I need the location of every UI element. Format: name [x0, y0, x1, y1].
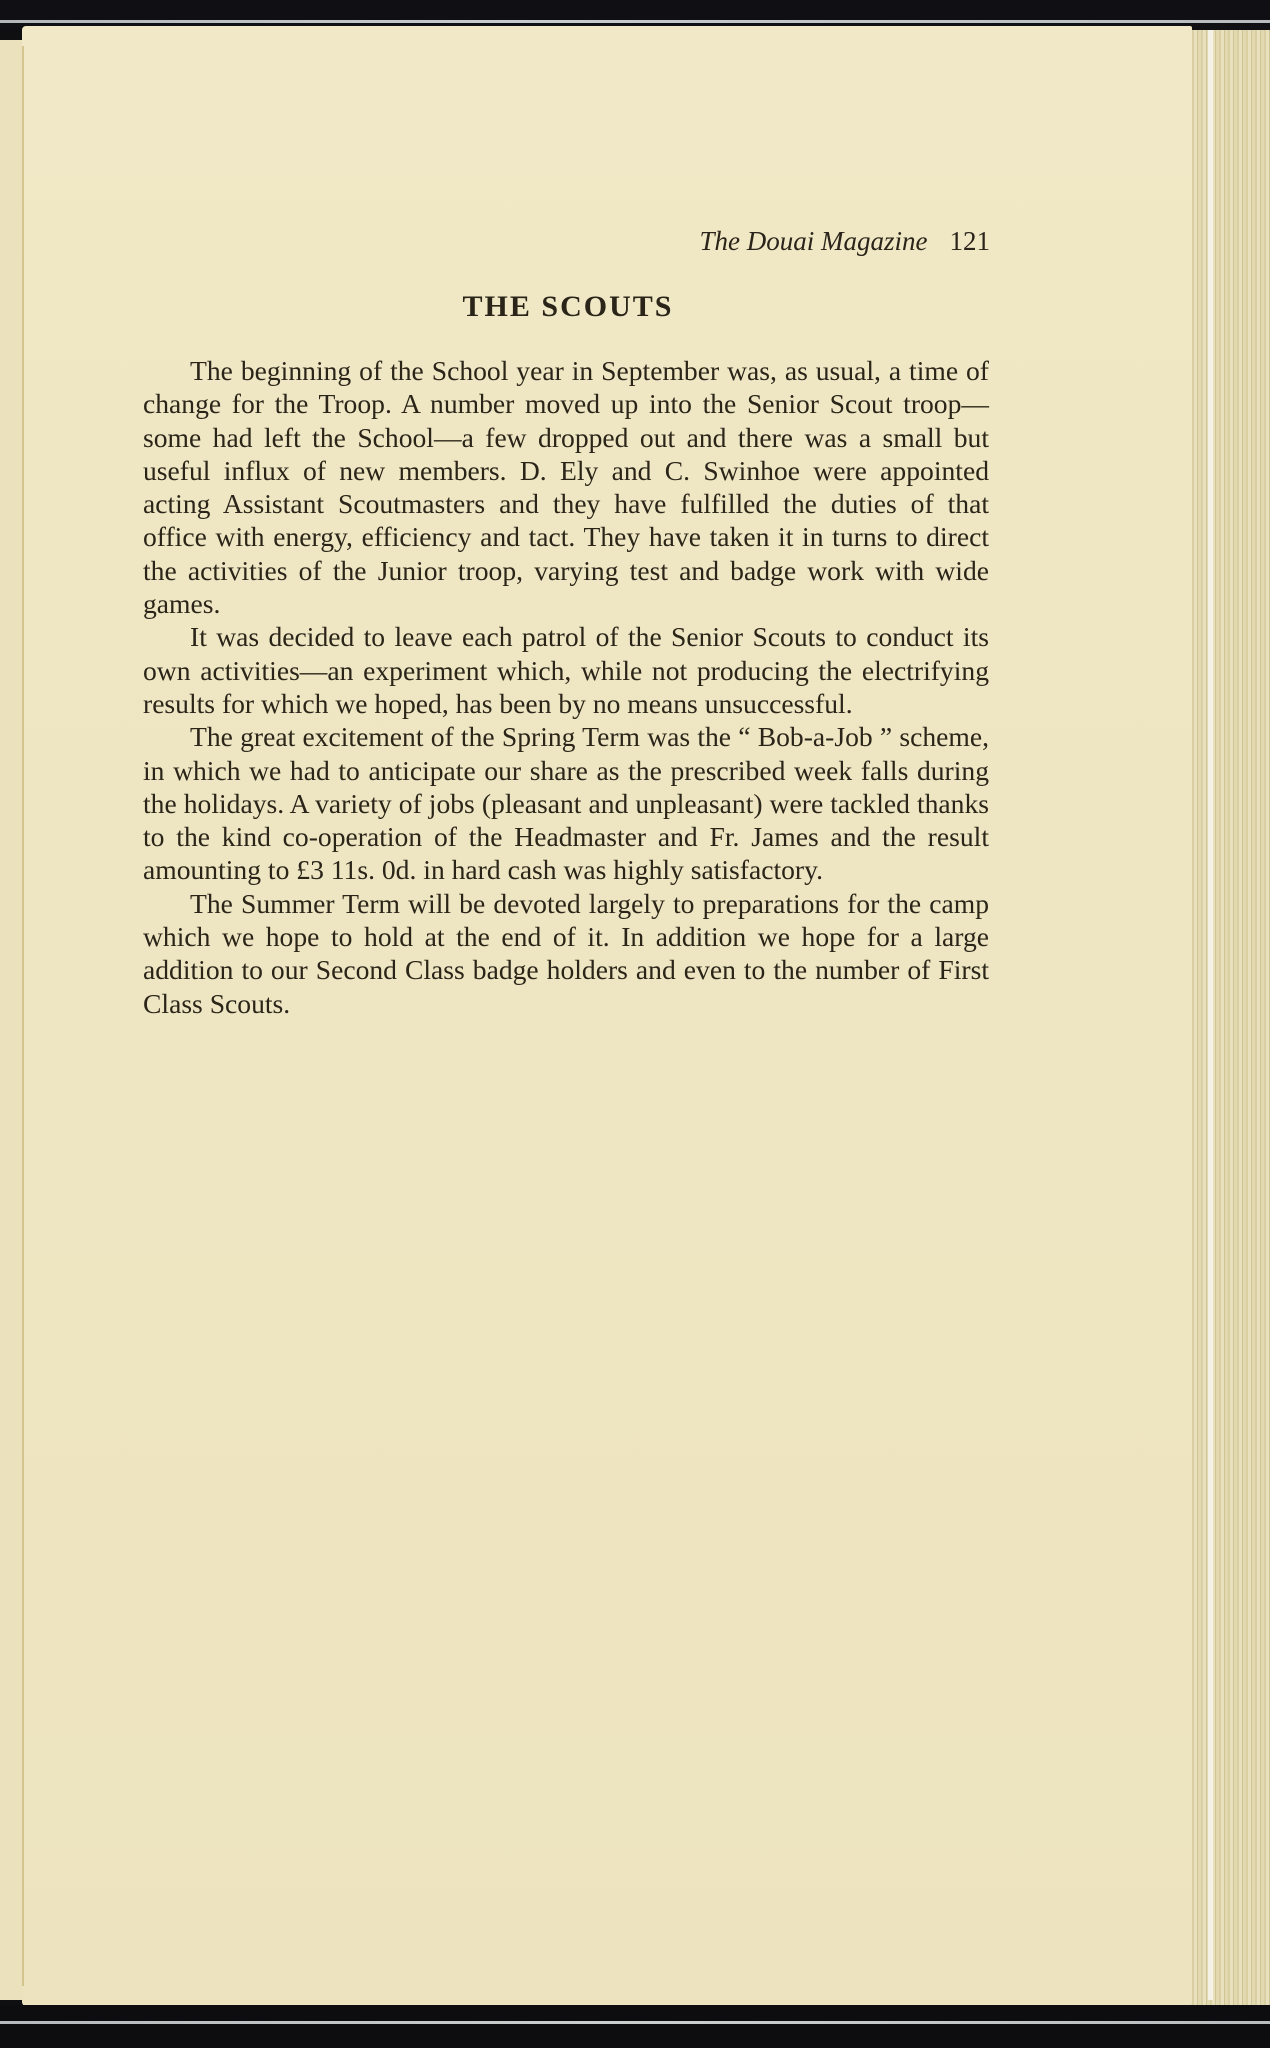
facing-page-edge [0, 40, 22, 2000]
book-bottom-edge [0, 2005, 1270, 2048]
binding-highlight-top [0, 20, 1270, 23]
page-gutter [22, 46, 24, 1986]
paragraph-4: The Summer Term will be devoted largely … [143, 887, 989, 1020]
paragraph-1: The beginning of the School year in Sept… [143, 354, 989, 620]
page-edge-highlight [1208, 30, 1213, 2000]
article-title: THE SCOUTS [143, 290, 989, 324]
running-header: The Douai Magazine121 [0, 226, 990, 257]
article: THE SCOUTS The beginning of the School y… [143, 290, 989, 1020]
publication-title: The Douai Magazine [700, 226, 928, 256]
page-number: 121 [950, 226, 991, 256]
stacked-page-edges [1192, 30, 1270, 2005]
paragraph-2: It was decided to leave each patrol of t… [143, 620, 989, 720]
binding-highlight-bottom [0, 2021, 1270, 2024]
paragraph-3: The great excitement of the Spring Term … [143, 720, 989, 886]
